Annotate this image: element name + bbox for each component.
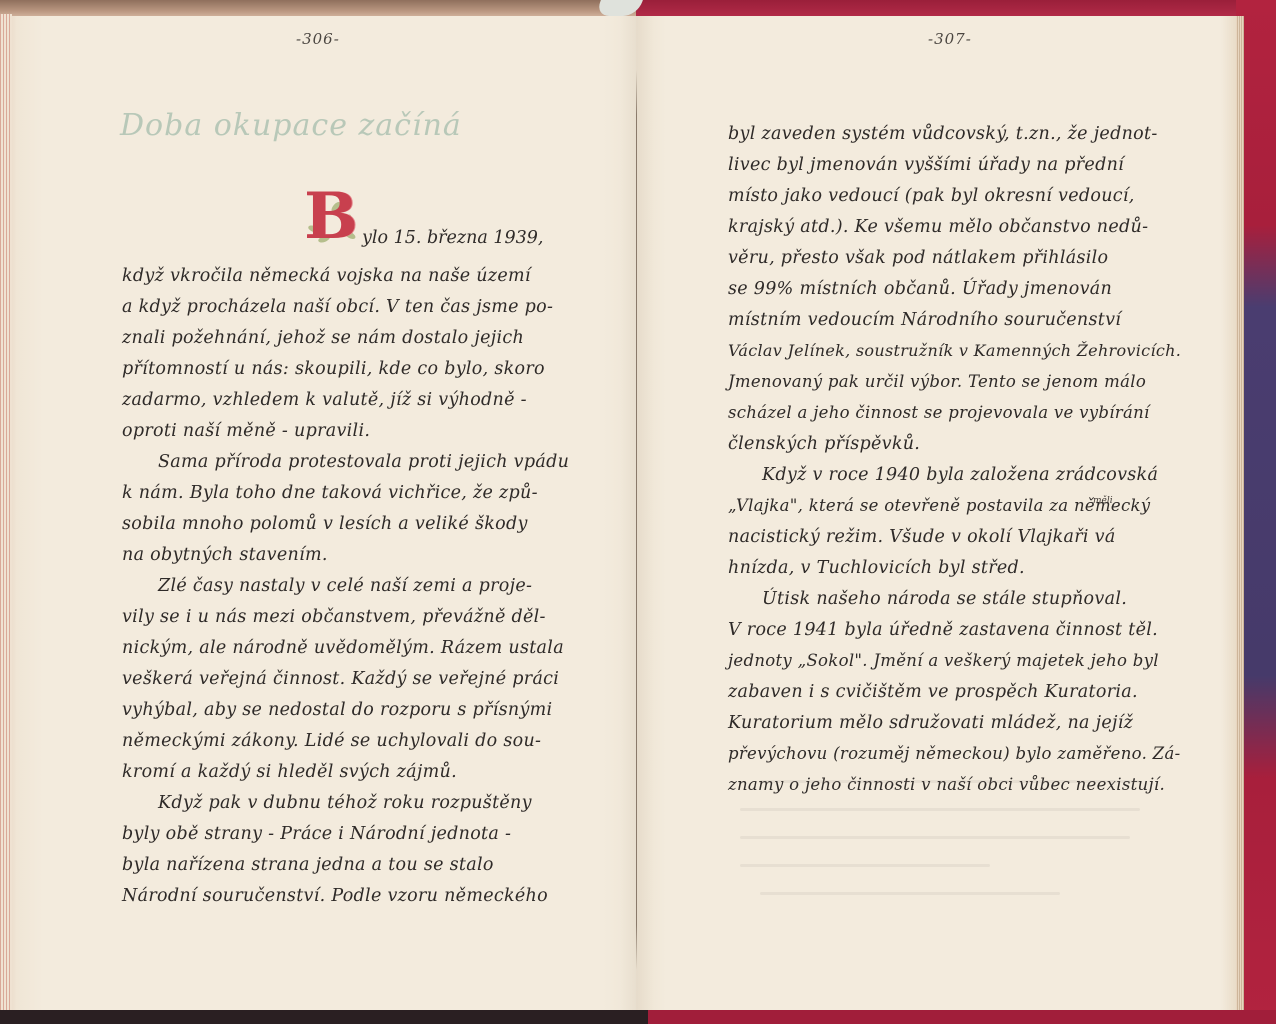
text-line: znali požehnání, jehož se nám dostalo je… <box>122 322 524 354</box>
text-line: přítomností u nás: skoupili, kde co bylo… <box>122 353 545 385</box>
text-line: veškerá veřejná činnost. Každý se veřejn… <box>122 663 559 695</box>
text-line: hnízda, v Tuchlovicích byl střed. <box>728 552 1025 584</box>
red-cover-top <box>636 0 1276 16</box>
show-through-ghost <box>740 836 1130 839</box>
text-line: jednoty „Sokol". Jmění a veškerý majetek… <box>728 645 1159 677</box>
text-line: Když pak v dubnu téhož roku rozpuštěny <box>158 787 532 819</box>
text-line: byla nařízena strana jedna a tou se stal… <box>122 849 494 881</box>
text-line: Václav Jelínek, soustružník v Kamenných … <box>728 335 1181 367</box>
text-line: když vkročila německá vojska na naše úze… <box>122 260 531 292</box>
text-line: znamy o jeho činnosti v naší obci vůbec … <box>728 769 1165 801</box>
text-line: německými zákony. Lidé se uchylovali do … <box>122 725 541 757</box>
left-page-stack-edge <box>0 14 12 1010</box>
gutter-shadow <box>620 16 654 1010</box>
text-line: místním vedoucím Národního souručenství <box>728 304 1121 336</box>
text-line: a když procházela naší obcí. V ten čas j… <box>122 291 553 323</box>
text-line: se 99% místních občanů. Úřady jmenován <box>728 273 1112 305</box>
text-line: oproti naší měně - upravili. <box>122 415 370 447</box>
interlinear-correction: měli <box>1093 496 1113 506</box>
text-line: k nám. Byla toho dne taková vichřice, že… <box>122 477 538 509</box>
show-through-ghost <box>760 892 1060 895</box>
text-line: scházel a jeho činnost se projevovala ve… <box>728 397 1150 429</box>
text-line: kromí a každý si hleděl svých zájmů. <box>122 756 457 788</box>
text-line: místo jako vedoucí (pak byl okresní vedo… <box>728 180 1135 212</box>
page-number-right: -307- <box>928 30 972 48</box>
spine-gutter-line <box>636 70 637 970</box>
opening-line: ylo 15. března 1939, <box>362 228 544 248</box>
show-through-ghost <box>740 864 990 867</box>
text-line: byl zaveden systém vůdcovský, t.zn., že … <box>728 118 1158 150</box>
text-line: vily se i u nás mezi občanstvem, převážn… <box>122 601 546 633</box>
chapter-title: Doba okupace začíná <box>120 108 462 143</box>
text-line: převýchovu (rozuměj německou) bylo zaměř… <box>728 738 1180 770</box>
left-page-text: když vkročila německá vojska na naše úze… <box>122 260 562 900</box>
text-line: krajský atd.). Ke všemu mělo občanstvo n… <box>728 211 1148 243</box>
text-line: Kuratorium mělo sdružovati mládež, na je… <box>728 707 1133 739</box>
text-line: nickým, ale národně uvědomělým. Rázem us… <box>122 632 564 664</box>
text-line: zadarmo, vzhledem k valutě, jíž si výhod… <box>122 384 527 416</box>
right-page-text: byl zaveden systém vůdcovský, t.zn., že … <box>728 118 1158 768</box>
show-through-ghost <box>740 808 1140 811</box>
text-line: Národní souručenství. Podle vzoru německ… <box>122 880 548 912</box>
text-line: byly obě strany - Práce i Národní jednot… <box>122 818 511 850</box>
text-line: livec byl jmenován vyššími úřady na před… <box>728 149 1124 181</box>
text-line: sobila mnoho polomů v lesích a veliké šk… <box>122 508 528 540</box>
page-number-left: -306- <box>296 30 340 48</box>
text-line: „Vlajka", která se otevřeně postavila za… <box>728 490 1150 522</box>
red-cover-bottom <box>648 1010 1276 1024</box>
right-page-stack-edge <box>1236 16 1244 1010</box>
text-line: Útisk našeho národa se stále stupňoval. <box>762 583 1127 615</box>
text-line: vyhýbal, aby se nedostal do rozporu s př… <box>122 694 552 726</box>
book-spread: -306- Doba okupace začíná B ylo 15. břez… <box>0 0 1276 1024</box>
text-line: Zlé časy nastaly v celé naší zemi a proj… <box>158 570 532 602</box>
show-through-ghost <box>760 780 1140 783</box>
text-line: na obytných stavením. <box>122 539 328 571</box>
text-line: Sama příroda protestovala proti jejich v… <box>158 446 569 478</box>
text-line: V roce 1941 byla úředně zastavena činnos… <box>728 614 1158 646</box>
text-line: nacistický režim. Všude v okolí Vlajkaři… <box>728 521 1116 553</box>
text-line: Jmenovaný pak určil výbor. Tento se jeno… <box>728 366 1146 398</box>
initial-letter-b: B <box>304 182 358 252</box>
text-line: věru, přesto však pod nátlakem přihlásil… <box>728 242 1108 274</box>
decorated-initial: B <box>300 182 360 252</box>
text-line: členských příspěvků. <box>728 428 920 460</box>
text-line: Když v roce 1940 byla založena zrádcovsk… <box>762 459 1158 491</box>
text-line: zabaven i s cvičištěm ve prospěch Kurato… <box>728 676 1138 708</box>
